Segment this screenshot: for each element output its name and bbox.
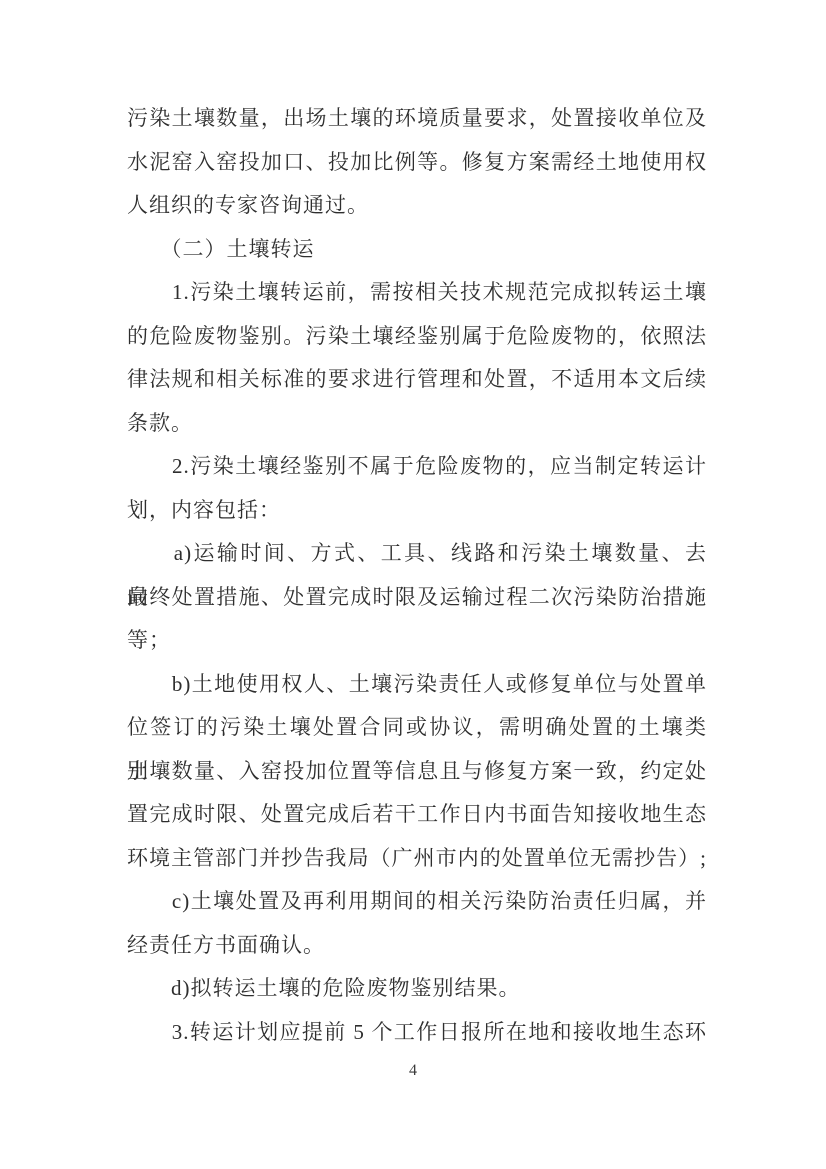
text-line: 经责任方书面确认。 [127,924,707,968]
text-line: 置完成时限、处置完成后若干工作日内书面告知接收地生态 [127,793,707,837]
page-number: 4 [0,1061,826,1081]
text-line: 人组织的专家咨询通过。 [127,184,707,228]
text-line: 条款。 [127,402,707,446]
text-line: 污染土壤数量，出场土壤的环境质量要求，处置接收单位及 [127,97,707,141]
text-line: 2.污染土壤经鉴别不属于危险废物的，应当制定转运计 [127,445,707,489]
text-line: 1.污染土壤转运前，需按相关技术规范完成拟转运土壤 [127,271,707,315]
text-line: 划，内容包括： [127,489,707,533]
document-page: 污染土壤数量，出场土壤的环境质量要求，处置接收单位及水泥窑入窑投加口、投加比例等… [0,0,826,1169]
text-line: （二）土壤转运 [127,228,707,272]
text-line: c)土壤处置及再利用期间的相关污染防治责任归属，并 [127,880,707,924]
text-line: 环境主管部门并抄告我局（广州市内的处置单位无需抄告）; [127,837,707,881]
document-body: 污染土壤数量，出场土壤的环境质量要求，处置接收单位及水泥窑入窑投加口、投加比例等… [127,97,707,1054]
text-line: 最终处置措施、处置完成时限及运输过程二次污染防治措施 [127,576,707,620]
text-line: d)拟转运土壤的危险废物鉴别结果。 [127,967,707,1011]
text-line: 土壤数量、入窑投加位置等信息且与修复方案一致，约定处 [127,750,707,794]
text-line: 的危险废物鉴别。污染土壤经鉴别属于危险废物的，依照法 [127,315,707,359]
text-line: 位签订的污染土壤处置合同或协议，需明确处置的土壤类别、 [127,706,707,750]
text-line: b)土地使用权人、土壤污染责任人或修复单位与处置单 [127,663,707,707]
text-line: 3.转运计划应提前 5 个工作日报所在地和接收地生态环 [127,1011,707,1055]
text-line: 律法规和相关标准的要求进行管理和处置，不适用本文后续 [127,358,707,402]
text-line: 水泥窑入窑投加口、投加比例等。修复方案需经土地使用权 [127,141,707,185]
text-line: a)运输时间、方式、工具、线路和污染土壤数量、去向、 [127,532,707,576]
text-line: 等； [127,619,707,663]
